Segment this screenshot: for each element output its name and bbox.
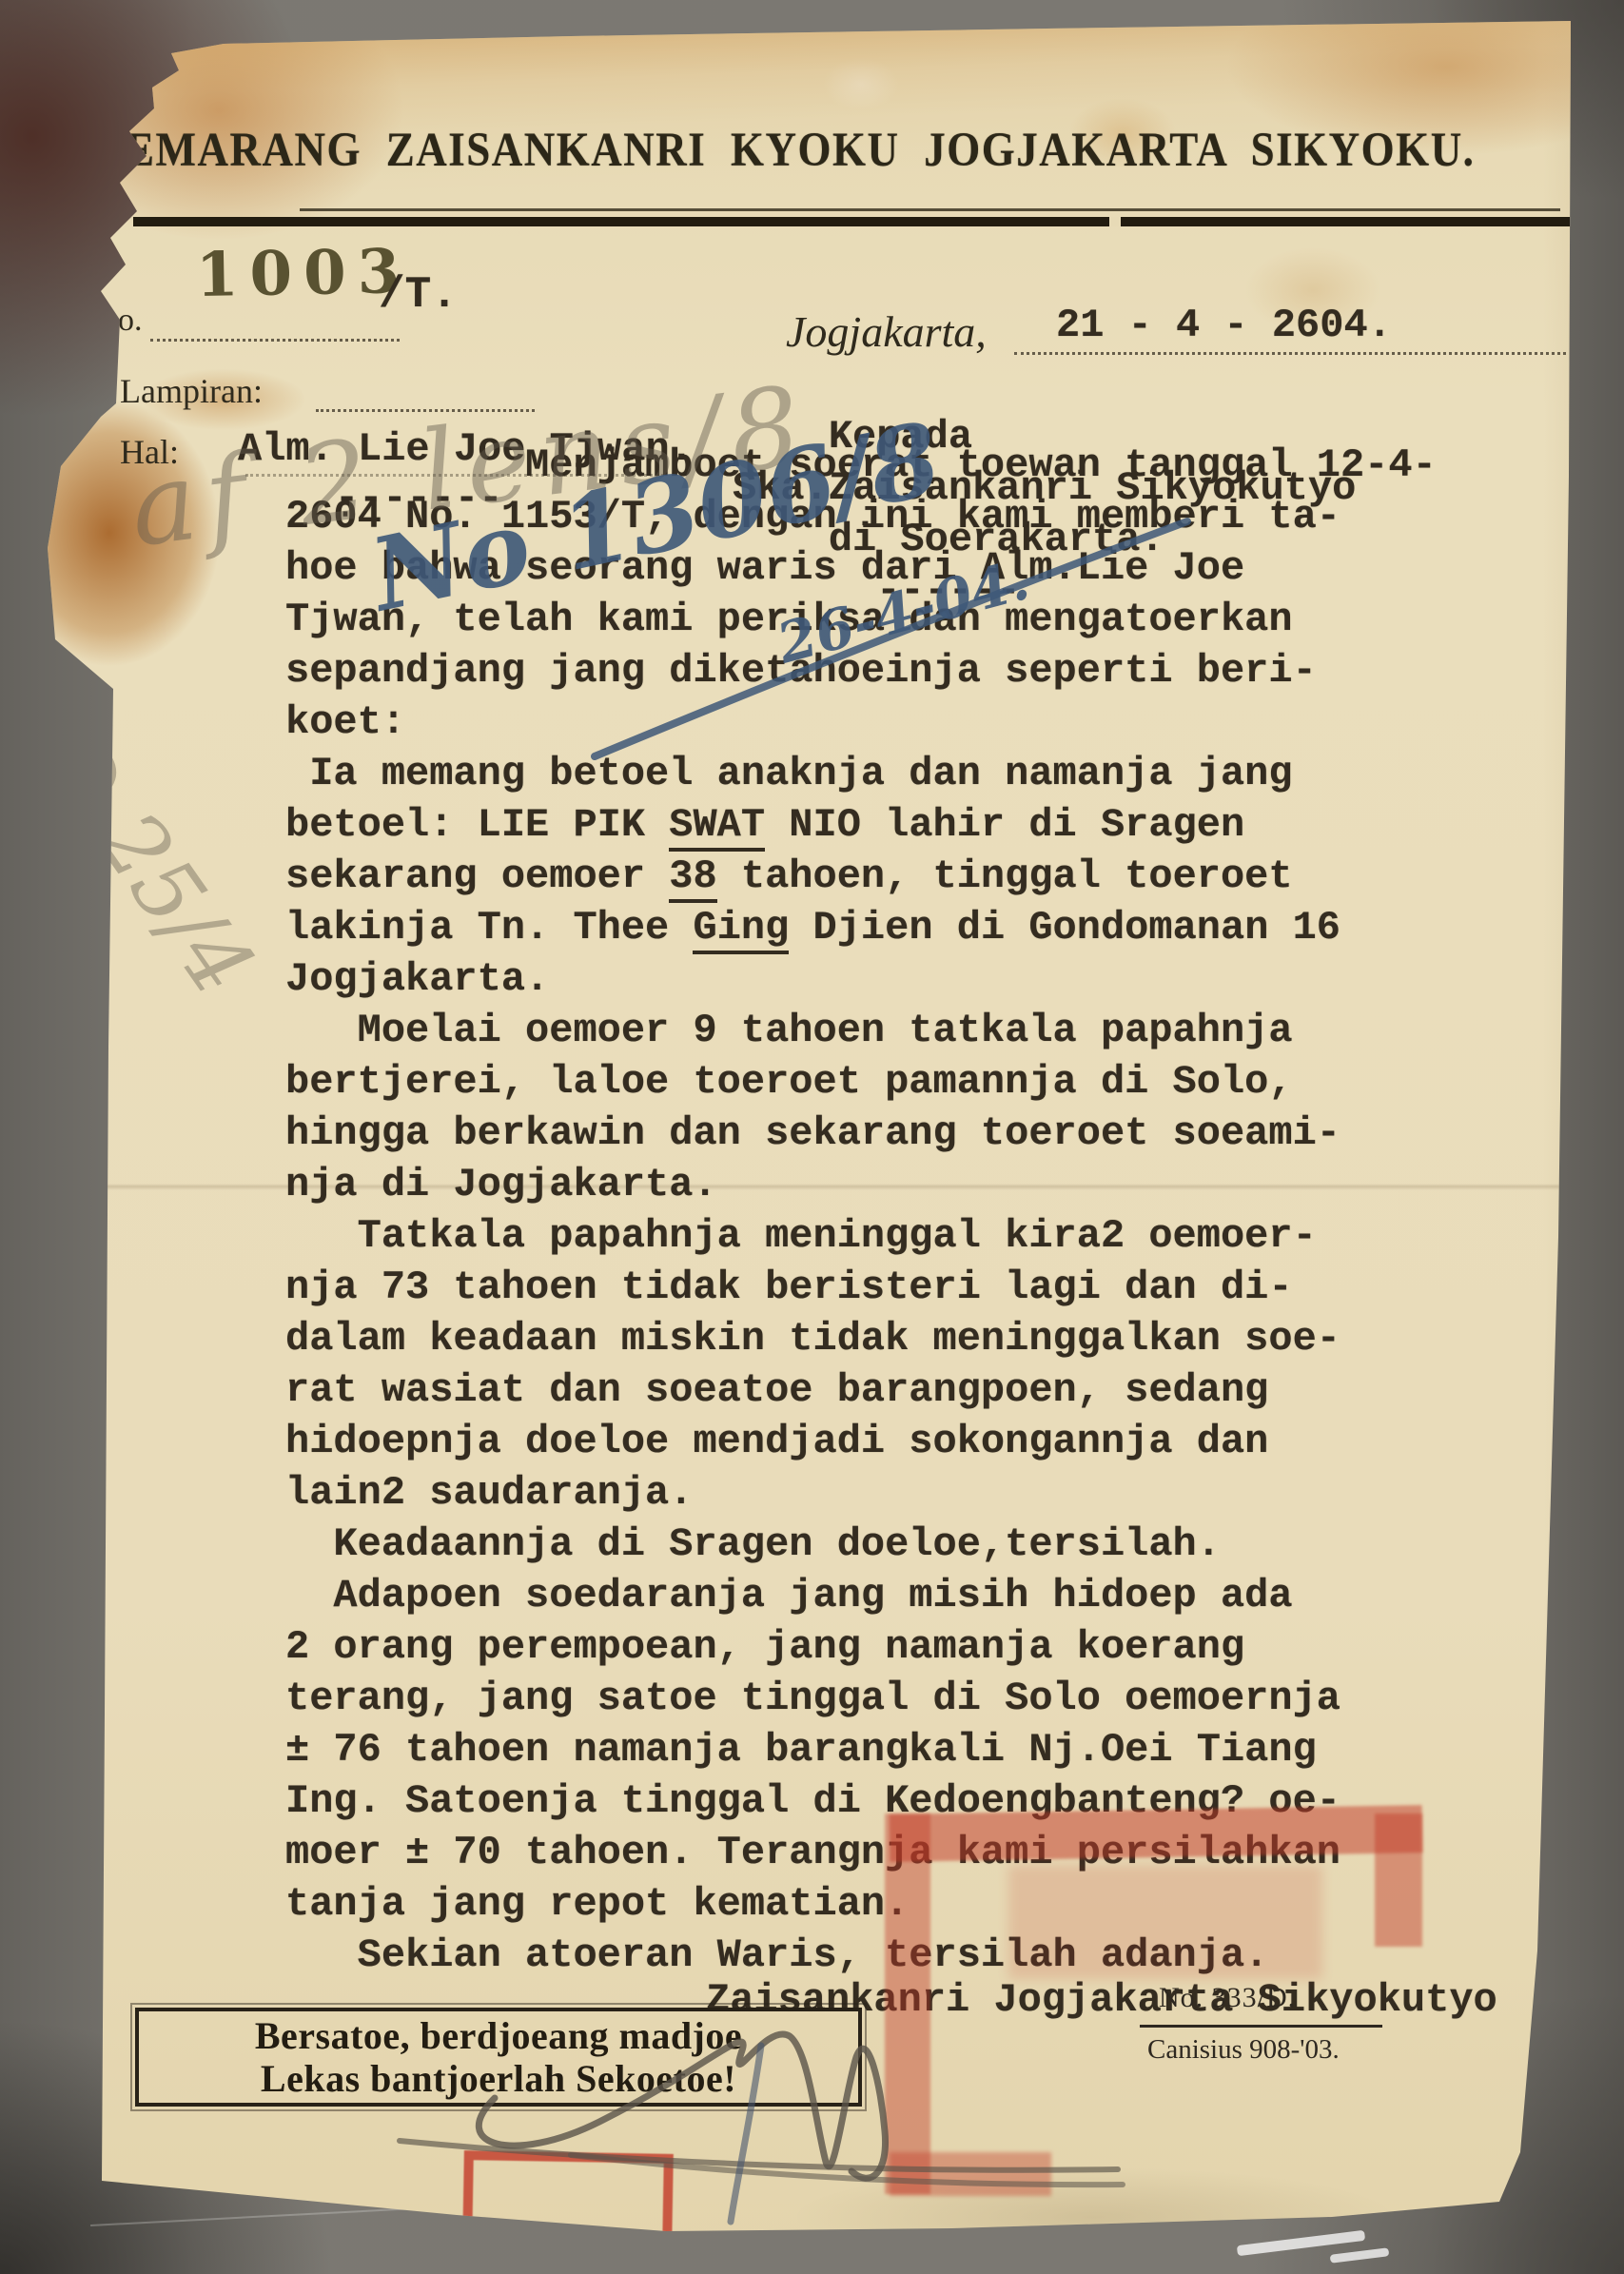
red-stamp-right-bar <box>1375 1813 1422 1947</box>
slogan-box: Bersatoe, berdjoeang madjoe Lekas bantjo… <box>135 2008 862 2107</box>
typed-line: betoel: LIE PIK SWAT NIO lahir di Sragen <box>285 799 1437 851</box>
typed-line: bertjerei, laloe toeroet pamannja di Sol… <box>285 1056 1437 1108</box>
letter-paper: EMARANG ZAISANKANRI KYOKU JOGJAKARTA SIK… <box>0 0 1624 2274</box>
number-label: o. <box>118 303 143 339</box>
typed-line: ± 76 tahoen namanja barangkali Nj.Oei Ti… <box>285 1724 1437 1775</box>
typed-line: Keadaannja di Sragen doeloe,tersilah. <box>285 1519 1437 1570</box>
letter-number-suffix: /T. <box>379 270 458 320</box>
date-value: 21 - 4 - 2604. <box>1056 303 1392 348</box>
typed-line: nja 73 tahoen tidak beristeri lagi dan d… <box>285 1262 1437 1313</box>
typed-line: 2 orang perempoean, jang namanja koerang <box>285 1621 1437 1673</box>
typed-line: nja di Jogjakarta. <box>285 1159 1437 1210</box>
imprint-printer: Canisius 908-'03. <box>1147 2034 1340 2066</box>
typed-line: hingga berkawin dan sekarang toeroet soe… <box>285 1108 1437 1159</box>
letter-body: Menjamboet soerat toewan tanggal 12-4-26… <box>285 440 1437 1981</box>
red-stamp-blotch <box>1008 1865 1322 1979</box>
imprint-number: No. 333/D. <box>1159 1982 1296 2014</box>
letterhead-title: EMARANG ZAISANKANRI KYOKU JOGJAKARTA SIK… <box>126 122 1524 177</box>
typed-line: lakinja Tn. Thee Ging Djien di Gondomana… <box>285 902 1437 953</box>
lampiran-label: Lampiran: <box>120 371 263 411</box>
red-stamp-bottom-bar <box>890 2152 1051 2196</box>
place-label: Jogjakarta, <box>786 306 987 357</box>
letterhead-rule-thin <box>300 208 1560 211</box>
number-dotted-line <box>150 339 400 342</box>
typed-line: lain2 saudaranja. <box>285 1467 1437 1519</box>
typed-line: Ia memang betoel anaknja dan namanja jan… <box>285 748 1437 799</box>
typed-line: Tatkala papahnja meninggal kira2 oemoer- <box>285 1210 1437 1262</box>
date-dotted-line <box>1014 352 1566 355</box>
letterhead-rule-thick <box>133 217 1570 226</box>
slogan-line-1: Bersatoe, berdjoeang madjoe <box>255 2014 742 2057</box>
typed-line: Moelai oemoer 9 tahoen tatkala papahnja <box>285 1005 1437 1056</box>
typed-line: dalam keadaan miskin tidak meninggalkan … <box>285 1313 1437 1364</box>
typed-line: sekarang oemoer 38 tahoen, tinggal toero… <box>285 851 1437 902</box>
typed-line: hidoepnja doeloe mendjadi sokongannja da… <box>285 1416 1437 1467</box>
imprint-underline <box>1140 2025 1382 2028</box>
letterhead-rule-gap <box>1109 217 1121 226</box>
red-stamp-left-bar <box>885 1813 930 2194</box>
photo-of-document: { "letterhead": { "title": "EMARANG ZAIS… <box>0 0 1624 2274</box>
typed-line: Adapoen soedaranja jang misih hidoep ada <box>285 1570 1437 1621</box>
typed-line: Jogjakarta. <box>285 953 1437 1005</box>
typed-line: koet: <box>285 696 1437 748</box>
red-stamp-top-bar <box>890 1805 1423 1862</box>
typed-line: terang, jang satoe tinggal di Solo oemoe… <box>285 1673 1437 1724</box>
slogan-line-2: Lekas bantjoerlah Sekoetoe! <box>261 2057 736 2100</box>
typed-line: rat wasiat dan soeatoe barangpoen, sedan… <box>285 1364 1437 1416</box>
